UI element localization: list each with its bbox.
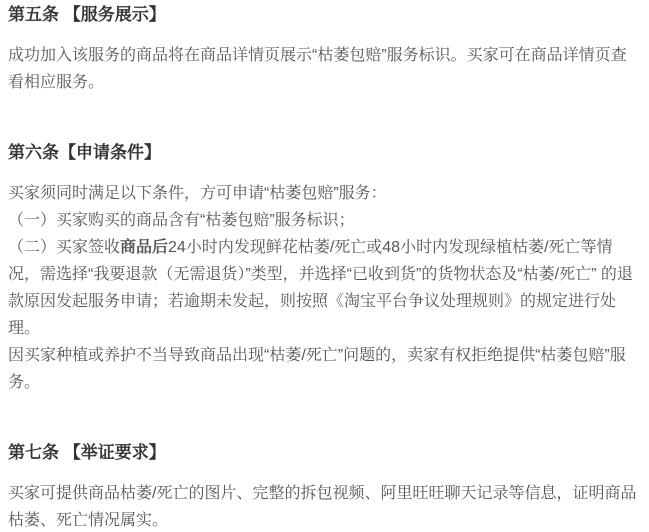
article-5-heading: 第五条 【服务展示】: [8, 3, 642, 27]
article-6-item-2-text-pre: （二）买家签收: [8, 239, 120, 256]
article-7-body: 买家可提供商品枯萎/死亡的图片、完整的拆包视频、阿里旺旺聊天记录等信息，证明商品…: [8, 480, 642, 532]
article-6-intro: 买家须同时满足以下条件，方可申请“枯萎包赔”服务：: [8, 180, 642, 207]
terms-document: 第五条 【服务展示】 成功加入该服务的商品将在商品详情页展示“枯萎包赔”服务标识…: [0, 3, 649, 532]
article-6-heading: 第六条【申请条件】: [8, 141, 642, 165]
article-6-item-2: （二）买家签收商品后24小时内发现鲜花枯萎/死亡或48小时内发现绿植枯萎/死亡等…: [8, 234, 642, 342]
article-5-body: 成功加入该服务的商品将在商品详情页展示“枯萎包赔”服务标识。买家可在商品详情页查…: [8, 42, 642, 96]
article-6-note: 因买家种植或养护不当导致商品出现“枯萎/死亡”问题的，卖家有权拒绝提供“枯萎包赔…: [8, 342, 642, 396]
article-6-item-1: （一）买家购买的商品含有“枯萎包赔”服务标识；: [8, 207, 642, 234]
article-6-item-2-bold-phrase: 商品后: [120, 239, 168, 256]
article-7-heading: 第七条 【举证要求】: [8, 441, 642, 465]
